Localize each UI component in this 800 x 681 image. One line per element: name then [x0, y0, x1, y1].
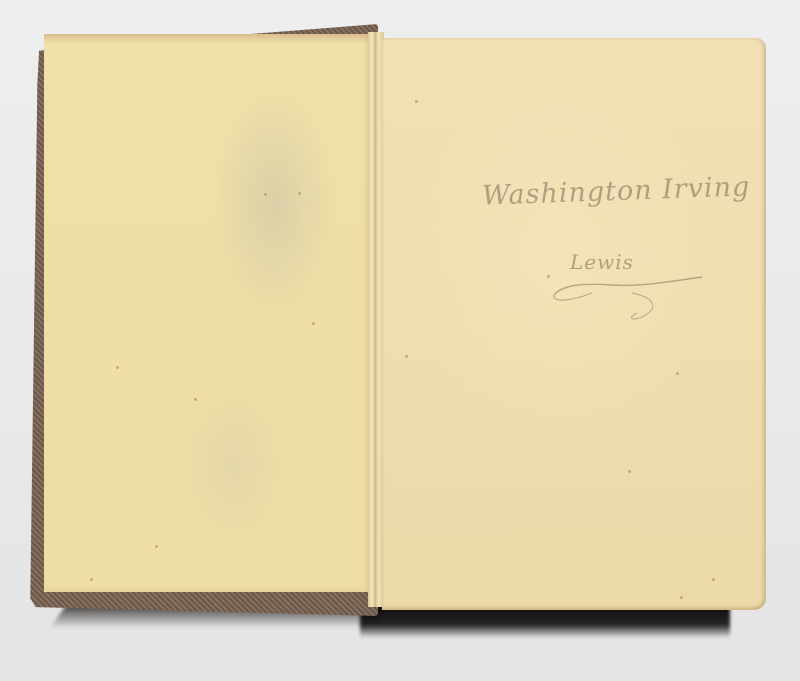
book-photo: Washington Irving Lewis [0, 0, 800, 681]
foxing-spot [264, 193, 267, 196]
foxing-spot [628, 470, 631, 473]
foxing-spot [298, 192, 301, 195]
pastedown-edge-stain [44, 34, 371, 44]
foxing-spot [405, 355, 408, 358]
foxing-spot [712, 578, 715, 581]
foxing-spot [116, 366, 119, 369]
foxing-spot [90, 578, 93, 581]
foxing-spot [155, 545, 158, 548]
front-pastedown-page [44, 34, 371, 592]
inscription-line-1: Washington Irving [482, 171, 751, 211]
foxing-spot [194, 398, 197, 401]
foxing-spot [312, 322, 315, 325]
foxing-spot [415, 100, 418, 103]
signature-flourish-icon [552, 263, 712, 323]
foxing-spot [680, 596, 683, 599]
handwritten-inscription: Washington Irving Lewis [482, 168, 752, 328]
foxing-spot [676, 372, 679, 375]
